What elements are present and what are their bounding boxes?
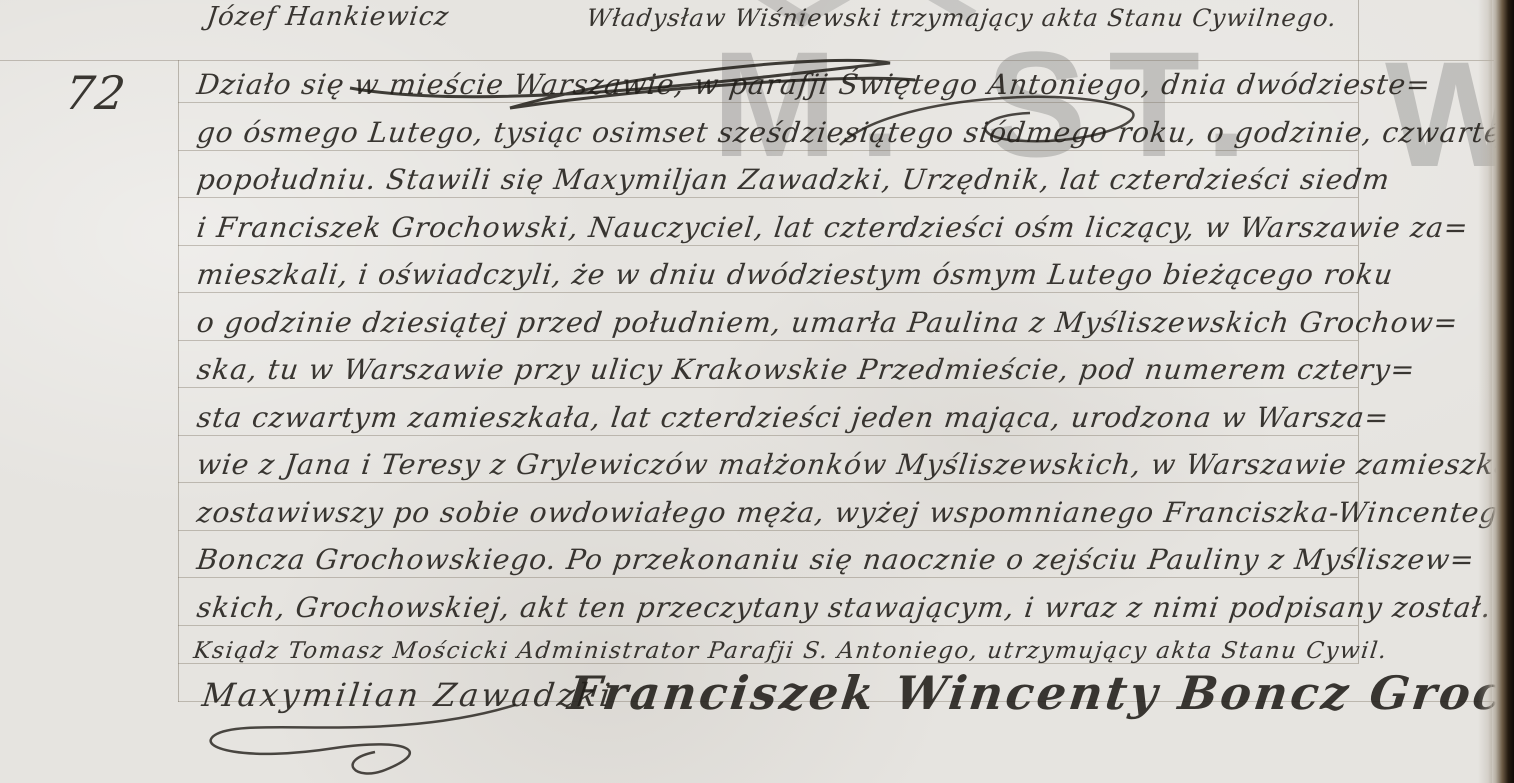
guide-line [178, 482, 1358, 483]
body-line-4: i Franciszek Grochowski, Nauczyciel, lat… [195, 211, 1471, 244]
binding-edge [1488, 0, 1514, 783]
guide-line [178, 530, 1358, 531]
guide-line [178, 340, 1358, 341]
signature-franciszek-grochowski: Franciszek Wincenty Boncz Grochowski [565, 666, 1514, 720]
guide-line [178, 245, 1358, 246]
guide-line [178, 625, 1358, 626]
body-line-1: Działo się w mieście Warszawie, w parafj… [195, 68, 1433, 101]
guide-line [178, 577, 1358, 578]
scanned-death-record-page: M. ST. W Józef Hankiewicz Władysław Wiśn… [0, 0, 1514, 783]
guide-line [178, 150, 1358, 151]
body-line-8: sta czwartym zamieszkała, lat czterdzieś… [195, 401, 1391, 434]
body-line-11: Boncza Grochowskiego. Po przekonaniu się… [195, 543, 1477, 576]
guide-line [178, 292, 1358, 293]
body-line-12: skich, Grochowskiej, akt ten przeczytany… [195, 591, 1494, 624]
record-number: 72 [62, 66, 129, 120]
body-line-7: ska, tu w Warszawie przy ulicy Krakowski… [195, 353, 1417, 386]
left-column-rule [178, 60, 179, 702]
guide-line [178, 197, 1358, 198]
body-line-3: popołudniu. Stawili się Maxymiljan Zawad… [195, 163, 1392, 196]
clerk-attestation-line: Ksiądz Tomasz Mościcki Administrator Par… [192, 638, 1389, 664]
body-line-5: mieszkali, i oświadczyli, że w dniu dwód… [195, 258, 1395, 291]
guide-line [178, 435, 1358, 436]
signature-flourish [185, 700, 525, 780]
body-line-2: go ósmego Lutego, tysiąc osimset sześdzi… [195, 116, 1514, 149]
guide-line [178, 387, 1358, 388]
body-line-10: zostawiwszy po sobie owdowiałego męża, w… [195, 496, 1514, 529]
body-line-6: o godzinie dziesiątej przed południem, u… [195, 306, 1460, 339]
body-line-9: wie z Jana i Teresy z Grylewiczów małżon… [195, 448, 1514, 481]
